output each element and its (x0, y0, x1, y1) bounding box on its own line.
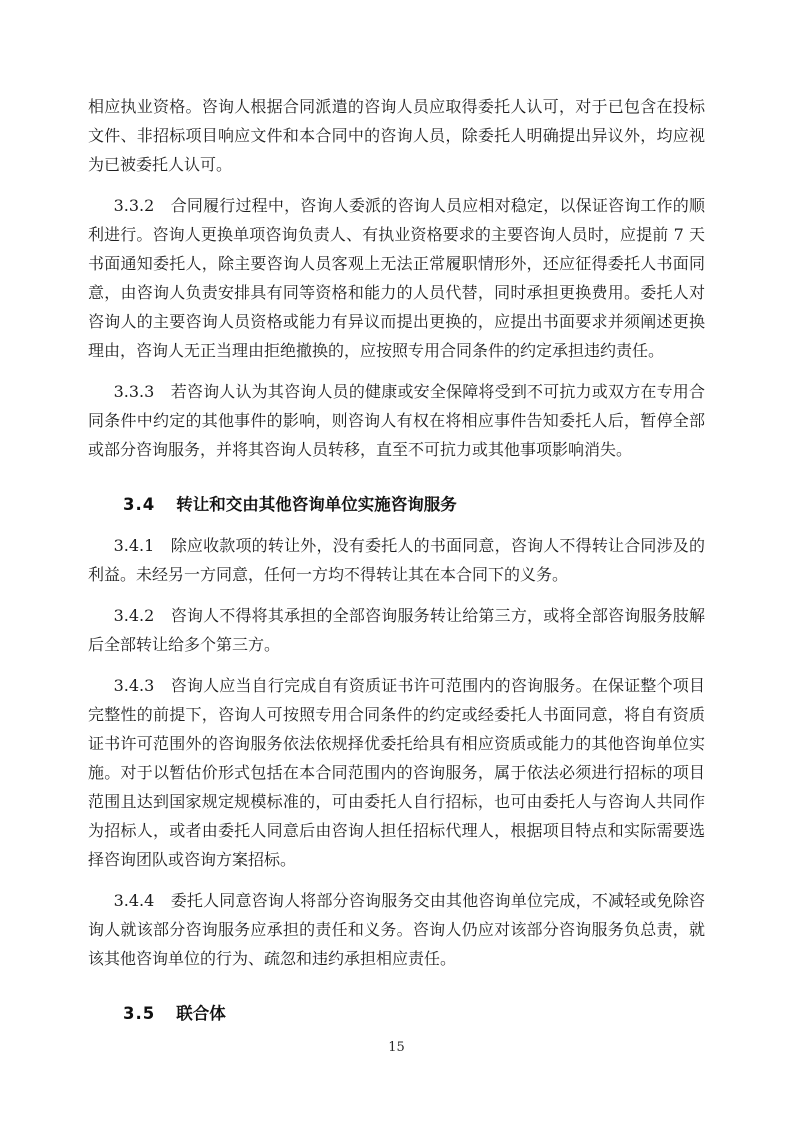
section-heading-3-4: 3.4转让和交由其他咨询单位实施咨询服务 (123, 490, 705, 519)
document-page: 相应执业资格。咨询人根据合同派遣的咨询人员应取得委托人认可，对于已包含在投标文件… (0, 0, 793, 1122)
clause-3-3-3: 3.3.3 若咨询人认为其咨询人员的健康或安全保障将受到不可抗力或双方在专用合同… (88, 377, 705, 464)
section-number: 3.4 (123, 495, 155, 514)
clause-3-4-3: 3.4.3 咨询人应当自行完成自有资质证书许可范围内的咨询服务。在保证整个项目完… (88, 671, 705, 874)
section-heading-3-5: 3.5联合体 (123, 999, 705, 1028)
clause-3-4-2: 3.4.2 咨询人不得将其承担的全部咨询服务转让给第三方，或将全部咨询服务肢解后… (88, 601, 705, 659)
section-number: 3.5 (123, 1004, 155, 1023)
clause-3-4-4: 3.4.4 委托人同意咨询人将部分咨询服务交由其他咨询单位完成，不减轻或免除咨询… (88, 886, 705, 973)
section-title: 转让和交由其他咨询单位实施咨询服务 (176, 495, 457, 514)
page-number: 15 (0, 1040, 793, 1056)
clause-3-4-1: 3.4.1 除应收款项的转让外，没有委托人的书面同意，咨询人不得转让合同涉及的利… (88, 531, 705, 589)
section-title: 联合体 (176, 1004, 226, 1023)
paragraph-3-3-1-continuation: 相应执业资格。咨询人根据合同派遣的咨询人员应取得委托人认可，对于已包含在投标文件… (88, 92, 705, 179)
clause-3-3-2: 3.3.2 合同履行过程中，咨询人委派的咨询人员应相对稳定，以保证咨询工作的顺利… (88, 191, 705, 365)
